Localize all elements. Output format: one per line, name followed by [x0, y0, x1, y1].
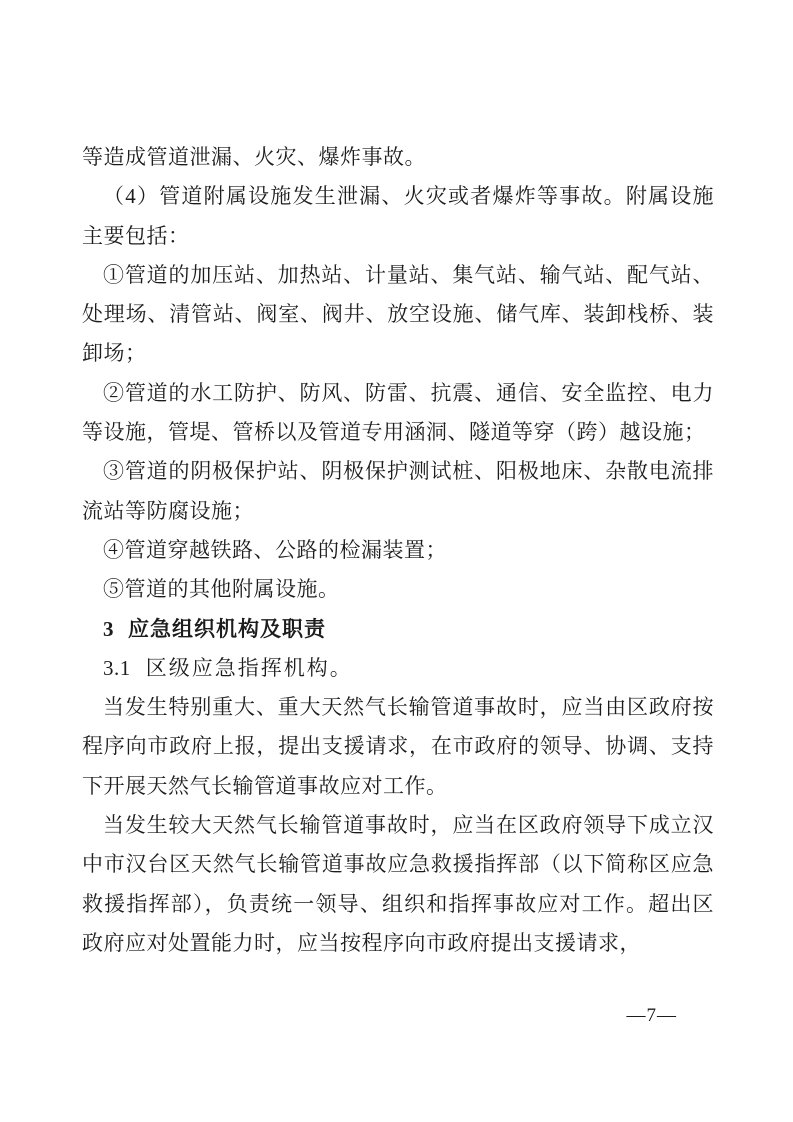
list-item-circled-2: ②管道的水工防护、防风、防雷、抗震、通信、安全监控、电力等设施，管堤、管桥以及管… [82, 374, 714, 453]
body-paragraph-continuation: 等造成管道泄漏、火灾、爆炸事故。 [82, 138, 714, 177]
document-body: 等造成管道泄漏、火灾、爆炸事故。 （4）管道附属设施发生泄漏、火灾或者爆炸等事故… [82, 138, 714, 963]
section-number: 3 [103, 617, 114, 641]
section-heading: 3应急组织机构及职责 [82, 610, 714, 649]
list-item-circled-3: ③管道的阴极保护站、阴极保护测试桩、阳极地床、杂散电流排流站等防腐设施； [82, 452, 714, 531]
list-item-circled-4: ④管道穿越铁路、公路的检漏装置； [82, 531, 714, 570]
body-paragraph-item-4: （4）管道附属设施发生泄漏、火灾或者爆炸等事故。附属设施主要包括： [82, 177, 714, 256]
document-page: 等造成管道泄漏、火灾、爆炸事故。 （4）管道附属设施发生泄漏、火灾或者爆炸等事故… [0, 0, 793, 1122]
subsection-number: 3.1 [103, 656, 131, 680]
body-paragraph: 当发生特别重大、重大天然气长输管道事故时，应当由区政府按程序向市政府上报，提出支… [82, 688, 714, 806]
section-title: 应急组织机构及职责 [128, 618, 326, 641]
body-paragraph: 当发生较大天然气长输管道事故时，应当在区政府领导下成立汉中市汉台区天然气长输管道… [82, 806, 714, 963]
list-item-circled-5: ⑤管道的其他附属设施。 [82, 570, 714, 609]
subsection-title: 区级应急指挥机构。 [146, 656, 353, 680]
page-number: —7— [627, 1005, 678, 1027]
list-item-circled-1: ①管道的加压站、加热站、计量站、集气站、输气站、配气站、处理场、清管站、阀室、阀… [82, 256, 714, 374]
subsection-heading: 3.1区级应急指挥机构。 [82, 649, 714, 688]
